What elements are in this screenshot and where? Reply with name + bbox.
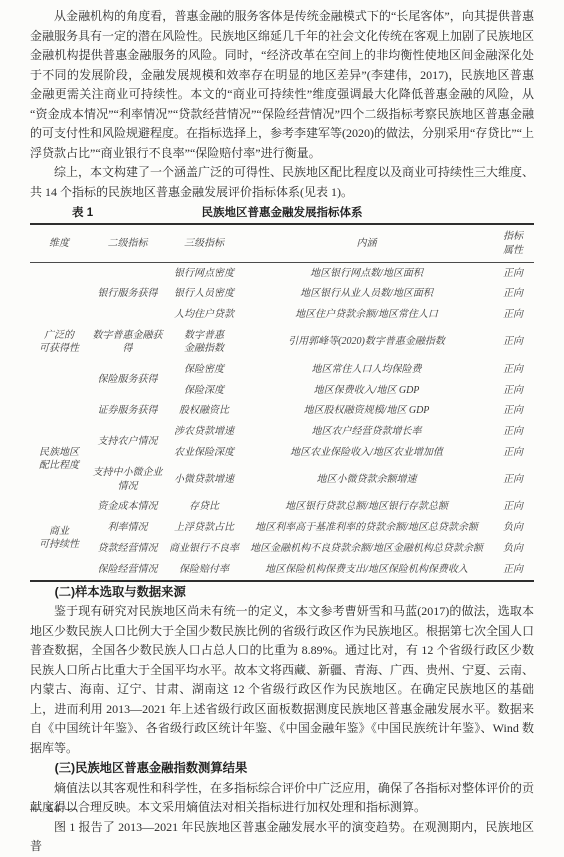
- cell-secondary: 保险经营情况: [88, 559, 167, 581]
- section-heading-index-results: (三)民族地区普惠金融指数测算结果: [30, 759, 534, 779]
- table-row: 证券服务获得 股权融资比 地区股权融资规模/地区 GDP 正向: [30, 401, 534, 422]
- section-heading-sample-data: (二)样本选取与数据来源: [30, 583, 534, 603]
- cell-tertiary: 商业银行不良率: [167, 538, 241, 559]
- col-header-dimension: 维度: [30, 224, 88, 263]
- table-row: 商业 可持续性 资金成本情况 存贷比 地区银行贷款总额/地区银行存款总额 正向: [30, 497, 534, 518]
- paragraph-risk-discussion: 从金融机构的角度看，普惠金融的服务客体是传统金融模式下的“长尾客体”，向其提供普…: [30, 7, 534, 163]
- cell-meaning: 地区农户经营贷款增长率: [241, 421, 492, 442]
- cell-tertiary: 上浮贷款占比: [167, 518, 241, 539]
- cell-meaning: 地区保险机构保费支出/地区保险机构保费收入: [241, 559, 492, 581]
- table-row: 保险服务获得 保险密度 地区常住人口人均保险费 正向: [30, 359, 534, 380]
- cell-tertiary: 涉农贷款增速: [167, 421, 241, 442]
- table-label: 表 1: [72, 203, 93, 223]
- cell-attribute: 正向: [492, 497, 534, 518]
- cell-attribute: 正向: [492, 359, 534, 380]
- cell-meaning: 地区住户贷款余额/地区常住人口: [241, 304, 492, 325]
- cell-meaning: 地区银行网点数/地区面积: [241, 263, 492, 284]
- cell-tertiary: 保险赔付率: [167, 559, 241, 581]
- cell-meaning: 地区农业保险收入/地区农业增加值: [241, 442, 492, 463]
- table-caption: 表 1 民族地区普惠金融发展指标体系: [30, 203, 534, 223]
- page-number: — 64 —: [30, 799, 78, 819]
- cell-tertiary: 保险密度: [167, 359, 241, 380]
- cell-meaning: 地区金融机构不良贷款余额/地区金融机构总贷款余额: [241, 538, 492, 559]
- table-row: 利率情况 上浮贷款占比 地区利率高于基准利率的贷款余额/地区总贷款余额 负向: [30, 518, 534, 539]
- cell-tertiary: 股权融资比: [167, 401, 241, 422]
- cell-attribute: 正向: [492, 421, 534, 442]
- cell-dimension: 民族地区 配比程度: [30, 421, 88, 497]
- paragraph-entropy-method: 熵值法以其客观性和科学性，在多指标综合评价中广泛应用，确保了各指标对整体评价的贡…: [30, 779, 534, 818]
- cell-attribute: 正向: [492, 463, 534, 497]
- cell-secondary: 保险服务获得: [88, 359, 167, 400]
- table-title: 民族地区普惠金融发展指标体系: [202, 207, 363, 219]
- cell-attribute: 负向: [492, 518, 534, 539]
- col-header-tertiary: 三级指标: [167, 224, 241, 263]
- cell-attribute: 负向: [492, 538, 534, 559]
- cell-meaning: 地区小微贷款余额增速: [241, 463, 492, 497]
- cell-meaning: 地区股权融资规模/地区 GDP: [241, 401, 492, 422]
- cell-secondary: 贷款经营情况: [88, 538, 167, 559]
- table-row: 保险经营情况 保险赔付率 地区保险机构保费支出/地区保险机构保费收入 正向: [30, 559, 534, 581]
- cell-tertiary: 存贷比: [167, 497, 241, 518]
- table-row: 民族地区 配比程度 支持农户情况 涉农贷款增速 地区农户经营贷款增长率 正向: [30, 421, 534, 442]
- cell-attribute: 正向: [492, 380, 534, 401]
- table-header-row: 维度 二级指标 三级指标 内涵 指标 属性: [30, 224, 534, 263]
- paragraph-summary: 综上，本文构建了一个涵盖广泛的可得性、民族地区配比程度以及商业可持续性三大维度、…: [30, 163, 534, 202]
- cell-secondary: 支持中小微企业情况: [88, 463, 167, 497]
- cell-tertiary: 农业保险深度: [167, 442, 241, 463]
- table-row: 支持中小微企业情况 小微贷款增速 地区小微贷款余额增速 正向: [30, 463, 534, 497]
- cell-secondary: 证券服务获得: [88, 401, 167, 422]
- cell-secondary: 支持农户情况: [88, 421, 167, 462]
- cell-tertiary: 保险深度: [167, 380, 241, 401]
- journal-page: 从金融机构的角度看，普惠金融的服务客体是传统金融模式下的“长尾客体”，向其提供普…: [0, 0, 564, 831]
- cell-meaning: 地区利率高于基准利率的贷款余额/地区总贷款余额: [241, 518, 492, 539]
- cell-attribute: 正向: [492, 325, 534, 359]
- col-header-meaning: 内涵: [241, 224, 492, 263]
- indicator-table: 维度 二级指标 三级指标 内涵 指标 属性 广泛的 可获得性 银行服务获得 银行…: [30, 223, 534, 582]
- cell-secondary: 资金成本情况: [88, 497, 167, 518]
- table-row: 数字普惠金融获得 数字普惠 金融指数 引用郭峰等(2020)数字普惠金融指数 正…: [30, 325, 534, 359]
- cell-secondary: 利率情况: [88, 518, 167, 539]
- cell-tertiary: 数字普惠 金融指数: [167, 325, 241, 359]
- cell-meaning: 地区常住人口人均保险费: [241, 359, 492, 380]
- cell-attribute: 正向: [492, 263, 534, 284]
- cell-dimension: 广泛的 可获得性: [30, 263, 88, 422]
- cell-attribute: 正向: [492, 442, 534, 463]
- col-header-attribute: 指标 属性: [492, 224, 534, 263]
- cell-attribute: 正向: [492, 559, 534, 581]
- col-header-secondary: 二级指标: [88, 224, 167, 263]
- cell-secondary: 数字普惠金融获得: [88, 325, 167, 359]
- cell-tertiary: 小微贷款增速: [167, 463, 241, 497]
- cell-meaning: 地区银行贷款总额/地区银行存款总额: [241, 497, 492, 518]
- cell-tertiary: 银行网点密度: [167, 263, 241, 284]
- cell-tertiary: 人均住户贷款: [167, 304, 241, 325]
- paragraph-sample-data: 鉴于现有研究对民族地区尚未有统一的定义，本文参考曹妍雪和马蓝(2017)的做法，…: [30, 602, 534, 758]
- table-row: 广泛的 可获得性 银行服务获得 银行网点密度 地区银行网点数/地区面积 正向: [30, 263, 534, 284]
- cell-attribute: 正向: [492, 304, 534, 325]
- cell-dimension: 商业 可持续性: [30, 497, 88, 581]
- cell-meaning: 地区银行从业人员数/地区面积: [241, 284, 492, 305]
- cell-attribute: 正向: [492, 401, 534, 422]
- cell-secondary: 银行服务获得: [88, 263, 167, 326]
- cell-meaning: 地区保费收入/地区 GDP: [241, 380, 492, 401]
- table-row: 贷款经营情况 商业银行不良率 地区金融机构不良贷款余额/地区金融机构总贷款余额 …: [30, 538, 534, 559]
- cell-meaning: 引用郭峰等(2020)数字普惠金融指数: [241, 325, 492, 359]
- paragraph-figure1-intro: 图 1 报告了 2013—2021 年民族地区普惠金融发展水平的演变趋势。在观测…: [30, 818, 534, 857]
- cell-tertiary: 银行人员密度: [167, 284, 241, 305]
- cell-attribute: 正向: [492, 284, 534, 305]
